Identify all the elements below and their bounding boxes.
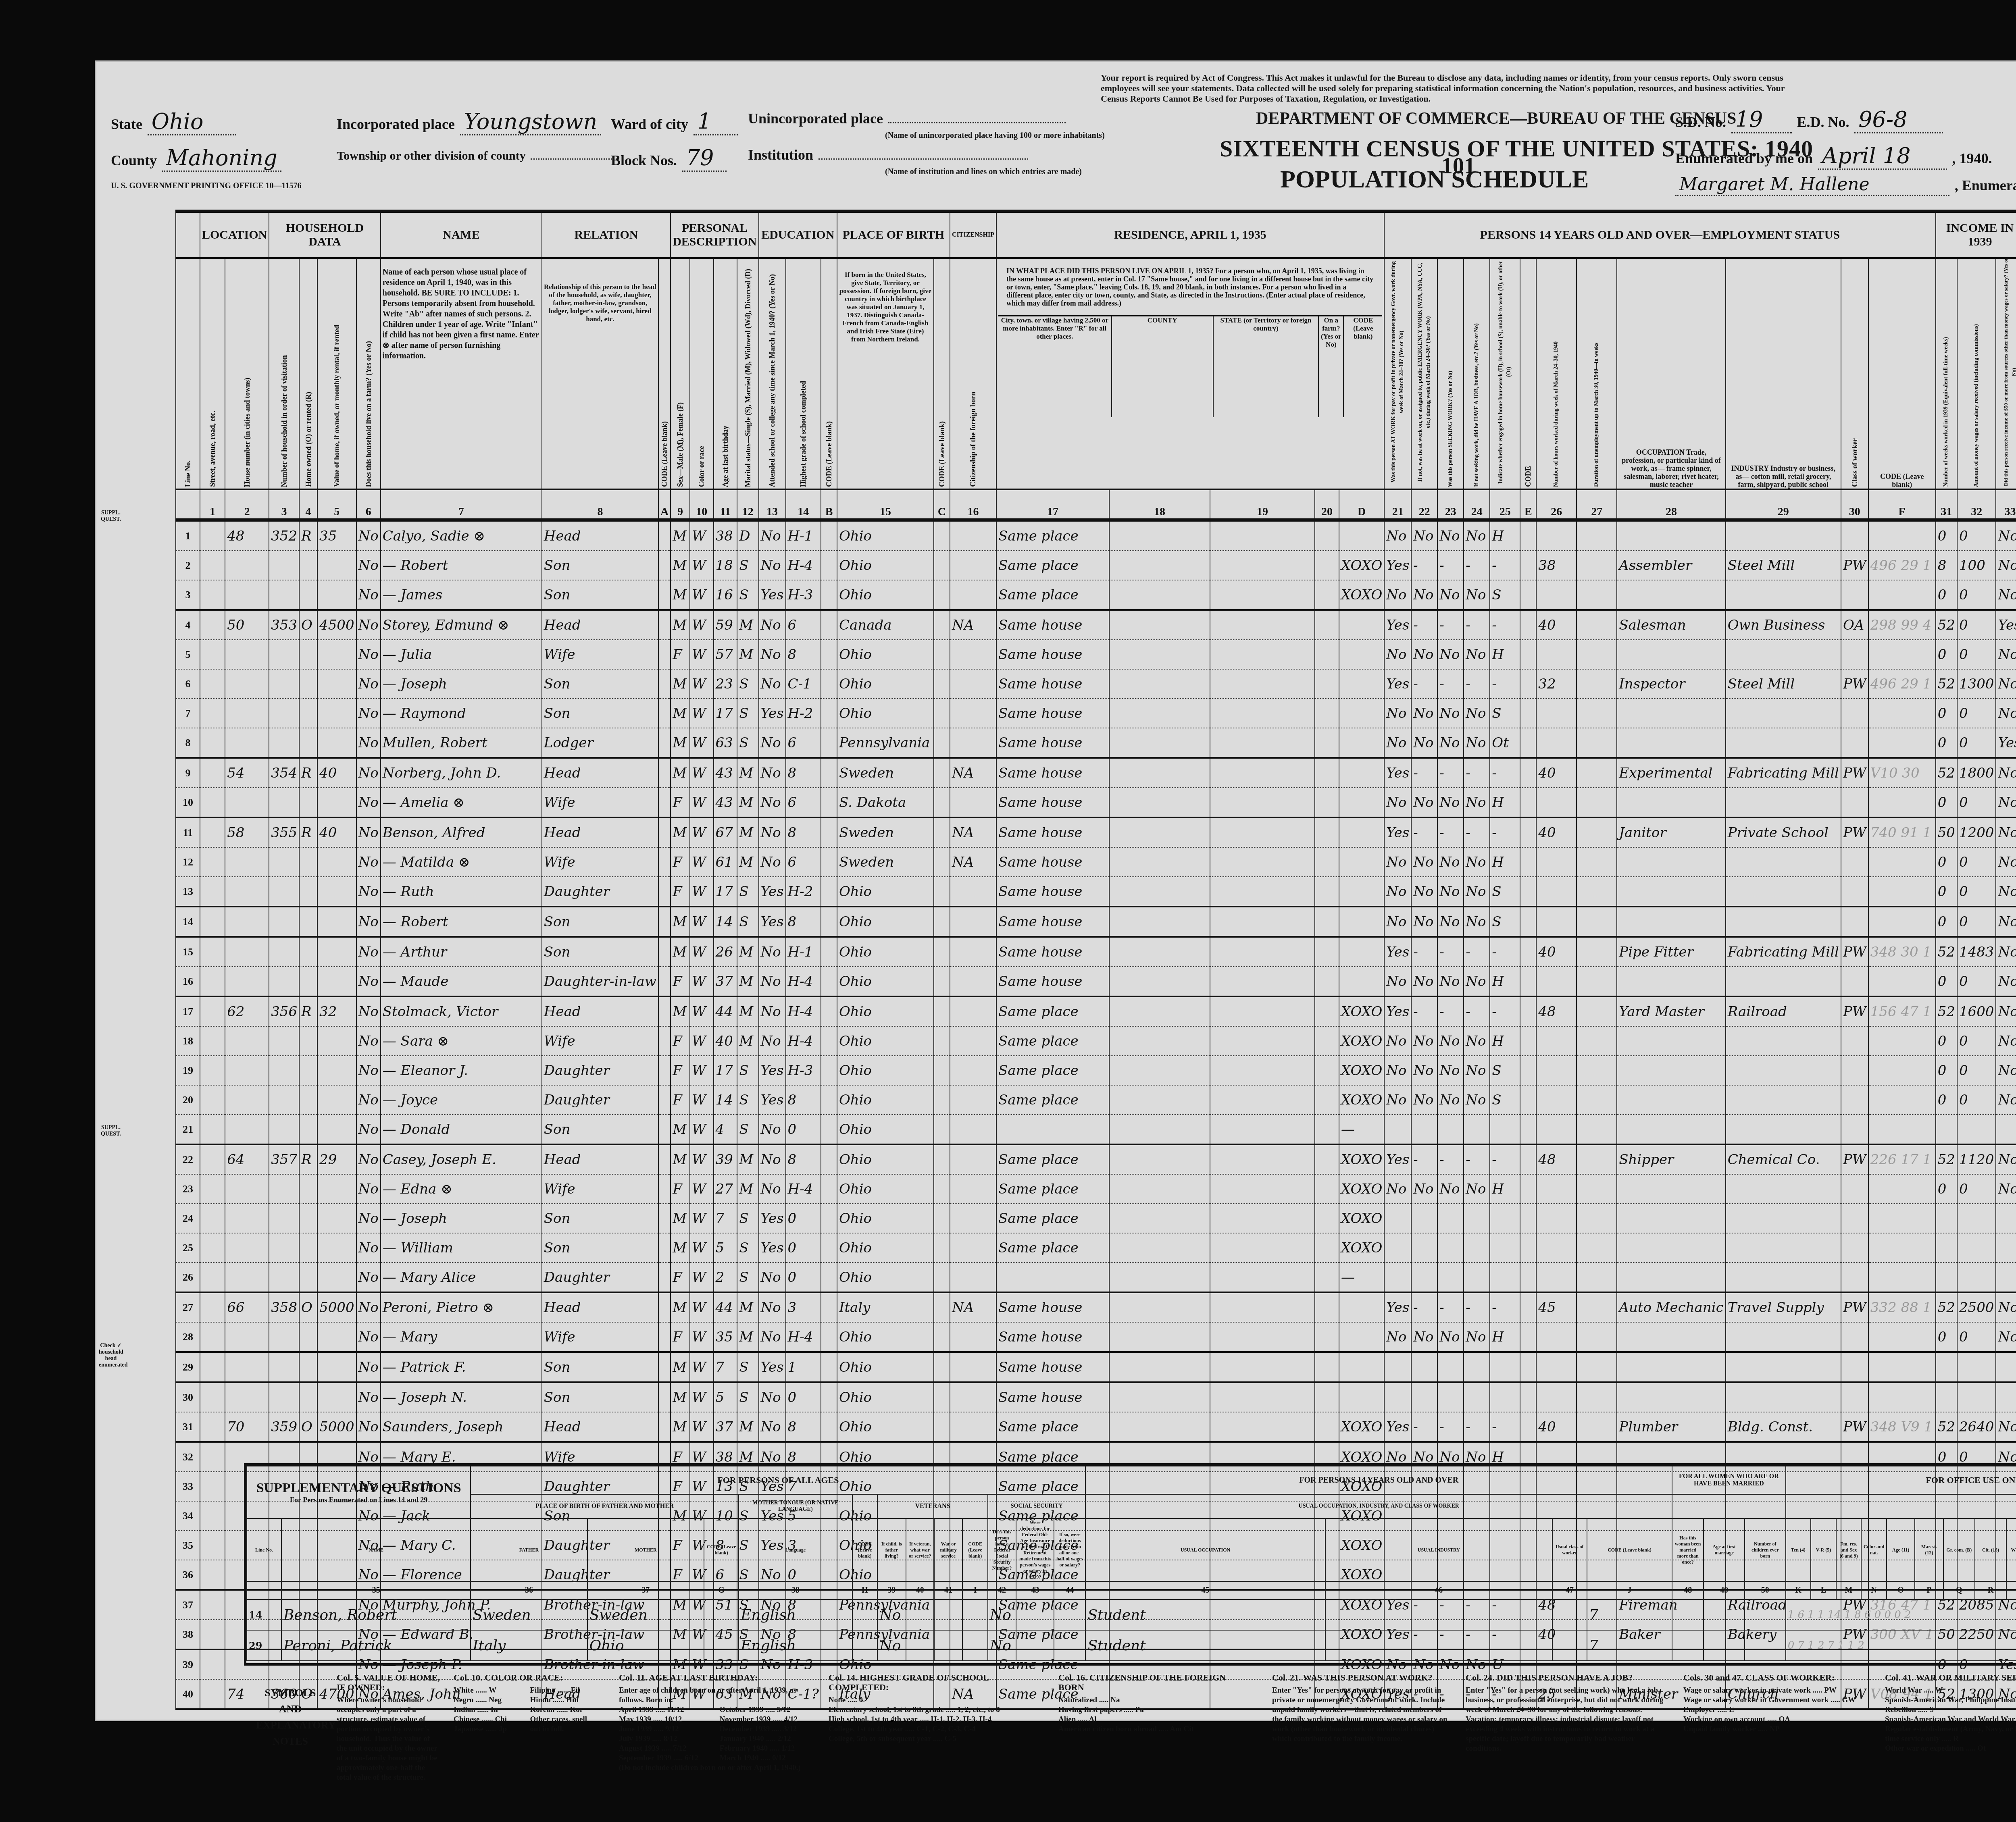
supp-col-header: Gr. com. (B) <box>1943 1518 1975 1581</box>
cell-grade: H-4 <box>786 967 821 996</box>
cell-w25: S <box>1490 699 1520 728</box>
cell-cls <box>1841 847 1868 877</box>
cell-name: — Robert <box>381 551 542 580</box>
cell-hours <box>1536 1026 1577 1056</box>
cell-value: 40 <box>317 817 356 847</box>
cell-grade: H-1 <box>786 520 821 551</box>
cell-blank <box>934 1115 950 1144</box>
cell-wks: 0 <box>1936 640 1957 669</box>
cell-blank <box>1315 640 1339 669</box>
cell-house <box>225 699 269 728</box>
cell-name: — Mary <box>381 1322 542 1352</box>
cell-blank <box>1109 1115 1210 1144</box>
cell-owned <box>299 640 317 669</box>
cell-ind <box>1726 1056 1841 1085</box>
cell-blank <box>1109 1174 1210 1204</box>
cell-relation: Daughter <box>542 1085 658 1115</box>
column-number: 2 <box>225 489 269 520</box>
cell-grade: H-2 <box>786 877 821 907</box>
cell-marital: S <box>737 699 758 728</box>
cell-street <box>200 1144 225 1174</box>
cell-hours <box>1536 788 1577 817</box>
cell-res: Same house <box>996 610 1109 640</box>
cell-blank <box>1210 1412 1315 1442</box>
cell-occ: Experimental <box>1617 758 1725 788</box>
cell-farm: No <box>356 699 381 728</box>
cell-other: No <box>1996 520 2016 551</box>
cell-w23: No <box>1437 699 1464 728</box>
cell-w22: No <box>1411 1056 1437 1085</box>
cell-blank <box>1315 1292 1339 1322</box>
cell-sex: M <box>671 1412 690 1442</box>
cell-cit <box>950 1026 996 1056</box>
cell-blank <box>1315 610 1339 640</box>
cell-blank <box>1520 937 1536 967</box>
cell-res: Same place <box>996 996 1109 1026</box>
cell-wks: 52 <box>1936 937 1957 967</box>
enumerated-date: April 18 <box>1818 143 1947 170</box>
note-col21: Col. 21. WAS THIS PERSON AT WORK? Enter … <box>1272 1673 1454 1744</box>
department-title: DEPARTMENT OF COMMERCE—BUREAU OF THE CEN… <box>1256 109 1736 128</box>
supp-cell-lang: English <box>739 1599 852 1630</box>
cell-blank <box>1315 1026 1339 1056</box>
cell-w21: No <box>1384 520 1411 551</box>
cell-blank <box>1315 788 1339 817</box>
cell-cit <box>950 551 996 580</box>
enumerated-year: , 1940. <box>1952 150 1992 166</box>
supp-cell-s44 <box>1054 1599 1085 1630</box>
cell-value: 5000 <box>317 1292 356 1322</box>
cell-w23 <box>1437 1204 1464 1233</box>
cell-street <box>200 728 225 758</box>
cell-hours <box>1536 967 1577 996</box>
cell-marital: S <box>737 907 758 937</box>
cell-cls <box>1841 1085 1868 1115</box>
cell-blank <box>1520 907 1536 937</box>
cell-race: W <box>690 877 714 907</box>
cell-grade: H-1 <box>786 937 821 967</box>
cell-wages: 0 <box>1957 640 1996 669</box>
cell-blank <box>1210 907 1315 937</box>
column-number-row: 12345678A91011121314B15C1617181920D21222… <box>176 489 2016 520</box>
cell-w21: Yes <box>1384 1144 1411 1174</box>
col-school: Attended school or college any time sinc… <box>759 258 786 489</box>
cell-name: — Raymond <box>381 699 542 728</box>
cell-blank <box>1109 967 1210 996</box>
cell-value <box>317 1322 356 1352</box>
cell-w21: Yes <box>1384 937 1411 967</box>
cell-blank <box>934 937 950 967</box>
note-item: Filipino ...... Fil <box>530 1686 599 1695</box>
cell-w25: H <box>1490 1174 1520 1204</box>
cell-blank <box>658 1115 671 1144</box>
cell-d <box>1339 877 1384 907</box>
cell-blank <box>1210 669 1315 699</box>
cell-blank <box>1210 1263 1315 1292</box>
cell-other: No <box>1996 967 2016 996</box>
table-row: 954354R40NoNorberg, John D.HeadMW43MNo8S… <box>176 758 2016 788</box>
table-row: 3170359O5000NoSaunders, JosephHeadMW37MN… <box>176 1412 2016 1442</box>
cell-line: 23 <box>176 1174 200 1204</box>
cell-visit <box>269 877 299 907</box>
cell-owned: O <box>299 610 317 640</box>
cell-value <box>317 907 356 937</box>
cell-school: No <box>759 1322 786 1352</box>
col-farm: Does this household live on a farm? (Yes… <box>356 258 381 489</box>
cell-farm: No <box>356 1382 381 1412</box>
cell-blank <box>1520 551 1536 580</box>
cell-dur <box>1577 847 1617 877</box>
supp-cell-line: 29 <box>247 1630 281 1661</box>
cell-grade: 8 <box>786 1085 821 1115</box>
cell-age: 17 <box>714 1056 737 1085</box>
cell-w22 <box>1411 1115 1437 1144</box>
cell-res: Same place <box>996 1026 1109 1056</box>
cell-blank <box>658 758 671 788</box>
cell-blank <box>658 1144 671 1174</box>
cell-w24: No <box>1464 520 1490 551</box>
cell-blank <box>1315 1204 1339 1233</box>
cell-w21: No <box>1384 1174 1411 1204</box>
sd-label: S.D. No. <box>1675 114 1726 130</box>
supp-col-header: Language <box>739 1518 852 1581</box>
cell-ind <box>1726 1322 1841 1352</box>
supp-cell-father: Italy <box>471 1630 587 1661</box>
note-item: Wage or salary worker in private work ..… <box>1683 1686 1869 1695</box>
note-item: October 1939 ..... 5/12 <box>720 1705 813 1715</box>
cell-wages: 2640 <box>1957 1412 1996 1442</box>
cell-farm: No <box>356 669 381 699</box>
cell-occ <box>1617 1026 1725 1056</box>
cell-blank <box>658 520 671 551</box>
column-number: 21 <box>1384 489 1411 520</box>
cell-code <box>1868 847 1936 877</box>
cell-school: Yes <box>759 1204 786 1233</box>
cell-ind <box>1726 907 1841 937</box>
cell-cls <box>1841 1382 1868 1412</box>
cell-house <box>225 580 269 610</box>
note-item: Employer ..... E <box>1683 1705 1869 1715</box>
cell-grade: H-4 <box>786 1174 821 1204</box>
cell-owned <box>299 551 317 580</box>
cell-blank <box>658 937 671 967</box>
cell-w21: Yes <box>1384 610 1411 640</box>
all-ages-header: FOR PERSONS OF ALL AGES <box>471 1466 1085 1494</box>
cell-race: W <box>690 669 714 699</box>
cell-owned <box>299 1026 317 1056</box>
cell-visit <box>269 1174 299 1204</box>
cell-blank <box>1210 1056 1315 1085</box>
cell-w23: No <box>1437 728 1464 758</box>
cell-race: W <box>690 817 714 847</box>
cell-marital: S <box>737 1115 758 1144</box>
cell-grade: C-1 <box>786 669 821 699</box>
cell-cit <box>950 1174 996 1204</box>
note-item: February 1940 ..... 1/12 <box>720 1744 813 1753</box>
cell-race: W <box>690 1352 714 1382</box>
cell-blank <box>821 847 837 877</box>
sd-field: S.D. No. 19 E.D. No. 96-8 <box>1675 107 1943 133</box>
cell-wks: 0 <box>1936 1322 1957 1352</box>
cell-code <box>1868 1085 1936 1115</box>
cell-sex: M <box>671 551 690 580</box>
column-number: 22 <box>1411 489 1437 520</box>
cell-line: 40 <box>176 1679 200 1709</box>
supp-col-number: J <box>1587 1581 1672 1599</box>
cell-w23: No <box>1437 847 1464 877</box>
cell-wks: 52 <box>1936 1412 1957 1442</box>
cell-house <box>225 788 269 817</box>
cell-other: No <box>1996 758 2016 788</box>
township-field: Township or other division of county <box>337 145 619 164</box>
cell-w23: No <box>1437 580 1464 610</box>
cell-w22: No <box>1411 728 1437 758</box>
cell-grade: 3 <box>786 1292 821 1322</box>
cell-birth: Ohio <box>837 1204 934 1233</box>
cell-cls: OA <box>1841 610 1868 640</box>
cell-d <box>1339 610 1384 640</box>
cell-birth: S. Dakota <box>837 788 934 817</box>
cell-w25: H <box>1490 1026 1520 1056</box>
table-row: 29No— Patrick F.SonMW7SYes1OhioSame hous… <box>176 1352 2016 1382</box>
cell-house <box>225 967 269 996</box>
cell-cls: PW <box>1841 669 1868 699</box>
cell-race: W <box>690 788 714 817</box>
cell-value <box>317 580 356 610</box>
cell-age: 67 <box>714 817 737 847</box>
cell-farm: No <box>356 580 381 610</box>
cell-relation: Head <box>542 817 658 847</box>
cell-house <box>225 1056 269 1085</box>
group-residence-1935: RESIDENCE, APRIL 1, 1935 <box>996 211 1384 258</box>
cell-value <box>317 728 356 758</box>
cell-visit <box>269 1382 299 1412</box>
cell-owned <box>299 1263 317 1292</box>
cell-street <box>200 788 225 817</box>
cell-w25: H <box>1490 788 1520 817</box>
cell-name: — Donald <box>381 1115 542 1144</box>
cell-blank <box>1109 1144 1210 1174</box>
cell-w23: No <box>1437 1026 1464 1056</box>
unincorporated-value <box>888 122 1066 123</box>
cell-hours <box>1536 907 1577 937</box>
cell-school: No <box>759 1115 786 1144</box>
cell-marital: S <box>737 1352 758 1382</box>
cell-grade: 8 <box>786 758 821 788</box>
cell-cit <box>950 907 996 937</box>
cell-occ <box>1617 640 1725 669</box>
cell-marital: S <box>737 1263 758 1292</box>
cell-code <box>1868 1352 1936 1382</box>
cell-w23: No <box>1437 1174 1464 1204</box>
cell-w24: - <box>1464 1292 1490 1322</box>
cell-street <box>200 937 225 967</box>
group-employment-status: PERSONS 14 YEARS OLD AND OVER—EMPLOYMENT… <box>1384 211 1935 258</box>
cell-house: 66 <box>225 1292 269 1322</box>
cell-birth: Ohio <box>837 640 934 669</box>
cell-res: Same house <box>996 1382 1109 1412</box>
ward-label: Ward of city <box>611 116 688 132</box>
state-field: State Ohio <box>111 109 236 135</box>
cell-blank <box>1210 847 1315 877</box>
supp-col-header: NAME <box>281 1518 471 1581</box>
cell-relation: Wife <box>542 1174 658 1204</box>
cell-hours <box>1536 1352 1577 1382</box>
cell-w21: No <box>1384 788 1411 817</box>
cell-cls: PW <box>1841 1292 1868 1322</box>
cell-blank <box>821 1382 837 1412</box>
supp-col-number: O <box>1887 1581 1915 1599</box>
cell-wks: 0 <box>1936 1174 1957 1204</box>
cell-blank <box>934 1204 950 1233</box>
cell-wks: 0 <box>1936 1085 1957 1115</box>
cell-hours <box>1536 728 1577 758</box>
cell-d: XOXO <box>1339 1026 1384 1056</box>
supp-cell-m50 <box>1745 1599 1786 1630</box>
cell-line: 8 <box>176 728 200 758</box>
cell-visit <box>269 1115 299 1144</box>
col-line-no: Line No. <box>176 258 200 489</box>
cell-blank <box>1520 847 1536 877</box>
cell-cls <box>1841 907 1868 937</box>
cell-blank <box>1315 1233 1339 1263</box>
cell-blank <box>934 967 950 996</box>
incorporated-place-label: Incorporated place <box>337 116 455 132</box>
cell-blank <box>1210 817 1315 847</box>
cell-other: No <box>1996 817 2016 847</box>
county-label: County <box>111 152 157 168</box>
cell-res: Same house <box>996 788 1109 817</box>
cell-blank <box>934 1322 950 1352</box>
cell-line: 15 <box>176 937 200 967</box>
supp-col-number: 36 <box>471 1581 587 1599</box>
cell-w22: - <box>1411 1412 1437 1442</box>
cell-farm: No <box>356 758 381 788</box>
cell-value <box>317 877 356 907</box>
cell-d <box>1339 728 1384 758</box>
cell-w25: Ot <box>1490 728 1520 758</box>
table-row: 5No— JuliaWifeFW57MNo8OhioSame houseNoNo… <box>176 640 2016 669</box>
cell-street <box>200 1115 225 1144</box>
cell-code <box>1868 580 1936 610</box>
cell-visit <box>269 1204 299 1233</box>
cell-other: No <box>1996 580 2016 610</box>
cell-owned: R <box>299 996 317 1026</box>
cell-birth: Ohio <box>837 907 934 937</box>
cell-w24 <box>1464 1382 1490 1412</box>
cell-wages: 1800 <box>1957 758 1996 788</box>
cell-birth: Italy <box>837 1292 934 1322</box>
cell-school: Yes <box>759 1233 786 1263</box>
cell-w23: - <box>1437 551 1464 580</box>
cell-blank <box>1315 1382 1339 1412</box>
cell-sex: M <box>671 1233 690 1263</box>
col-house-number: House number (in cities and towns) <box>225 258 269 489</box>
cell-wks: 0 <box>1936 967 1957 996</box>
supp-col-number: L <box>1811 1581 1836 1599</box>
cell-school: No <box>759 1412 786 1442</box>
cell-sex: M <box>671 610 690 640</box>
cell-ind: Steel Mill <box>1726 551 1841 580</box>
supp-col-number: 44 <box>1054 1581 1085 1599</box>
supp-cell-v41 <box>934 1599 962 1630</box>
cell-farm: No <box>356 1026 381 1056</box>
column-number: 1 <box>200 489 225 520</box>
cell-blank <box>658 907 671 937</box>
cell-school: Yes <box>759 1352 786 1382</box>
cell-line: 18 <box>176 1026 200 1056</box>
cell-blank <box>934 1056 950 1085</box>
cell-house <box>225 847 269 877</box>
cell-dur <box>1577 1233 1617 1263</box>
cell-cls: PW <box>1841 817 1868 847</box>
cell-blank <box>1520 520 1536 551</box>
cell-w23: No <box>1437 1322 1464 1352</box>
cell-wages: 1120 <box>1957 1144 1996 1174</box>
cell-house: 62 <box>225 996 269 1026</box>
cell-wages: 0 <box>1957 580 1996 610</box>
cell-occ <box>1617 1174 1725 1204</box>
cell-dur <box>1577 1412 1617 1442</box>
cell-w22 <box>1411 1263 1437 1292</box>
cell-blank <box>1520 1026 1536 1056</box>
institution-field: Institution <box>748 145 1028 164</box>
cell-grade: 0 <box>786 1204 821 1233</box>
cell-w22: No <box>1411 520 1437 551</box>
cell-blank <box>934 551 950 580</box>
cell-w25: H <box>1490 640 1520 669</box>
cell-sex: M <box>671 1115 690 1144</box>
cell-wages: 0 <box>1957 1085 1996 1115</box>
cell-blank <box>821 1233 837 1263</box>
cell-visit <box>269 728 299 758</box>
cell-value <box>317 937 356 967</box>
printing-office: U. S. GOVERNMENT PRINTING OFFICE 10—1157… <box>111 181 301 191</box>
cell-hours: 40 <box>1536 758 1577 788</box>
note-item: Other races, spell out in full. <box>530 1715 599 1734</box>
cell-dur <box>1577 817 1617 847</box>
cell-cls <box>1841 1026 1868 1056</box>
cell-w24: No <box>1464 907 1490 937</box>
cell-blank <box>1520 640 1536 669</box>
supp-col-number: M <box>1836 1581 1862 1599</box>
cell-blank <box>1109 1204 1210 1233</box>
cell-res: Same house <box>996 669 1109 699</box>
cell-age: 39 <box>714 1144 737 1174</box>
unincorporated-field: Unincorporated place <box>748 109 1066 127</box>
note-col5: Col. 5. VALUE OF HOME, IF OWNED: Where o… <box>337 1673 442 1782</box>
cell-blank <box>658 669 671 699</box>
cell-blank <box>1109 551 1210 580</box>
cell-w24: No <box>1464 877 1490 907</box>
cell-wages: 1300 <box>1957 669 1996 699</box>
cell-cls <box>1841 580 1868 610</box>
supp-cell-m49 <box>1704 1599 1745 1630</box>
cell-marital: S <box>737 1233 758 1263</box>
cell-w23 <box>1437 1352 1464 1382</box>
cell-blank <box>658 551 671 580</box>
supp-cell-father: Sweden <box>471 1599 587 1630</box>
cell-birth: Sweden <box>837 817 934 847</box>
cell-blank <box>934 699 950 728</box>
col-residence: IN WHAT PLACE DID THIS PERSON LIVE ON AP… <box>996 258 1384 489</box>
cell-age: 17 <box>714 699 737 728</box>
cell-blank <box>821 907 837 937</box>
cell-sex: M <box>671 758 690 788</box>
cell-cls <box>1841 1115 1868 1144</box>
supp-cell-h <box>852 1599 878 1630</box>
col-22-emergency: If not, was he at work on, or assigned t… <box>1411 258 1437 489</box>
